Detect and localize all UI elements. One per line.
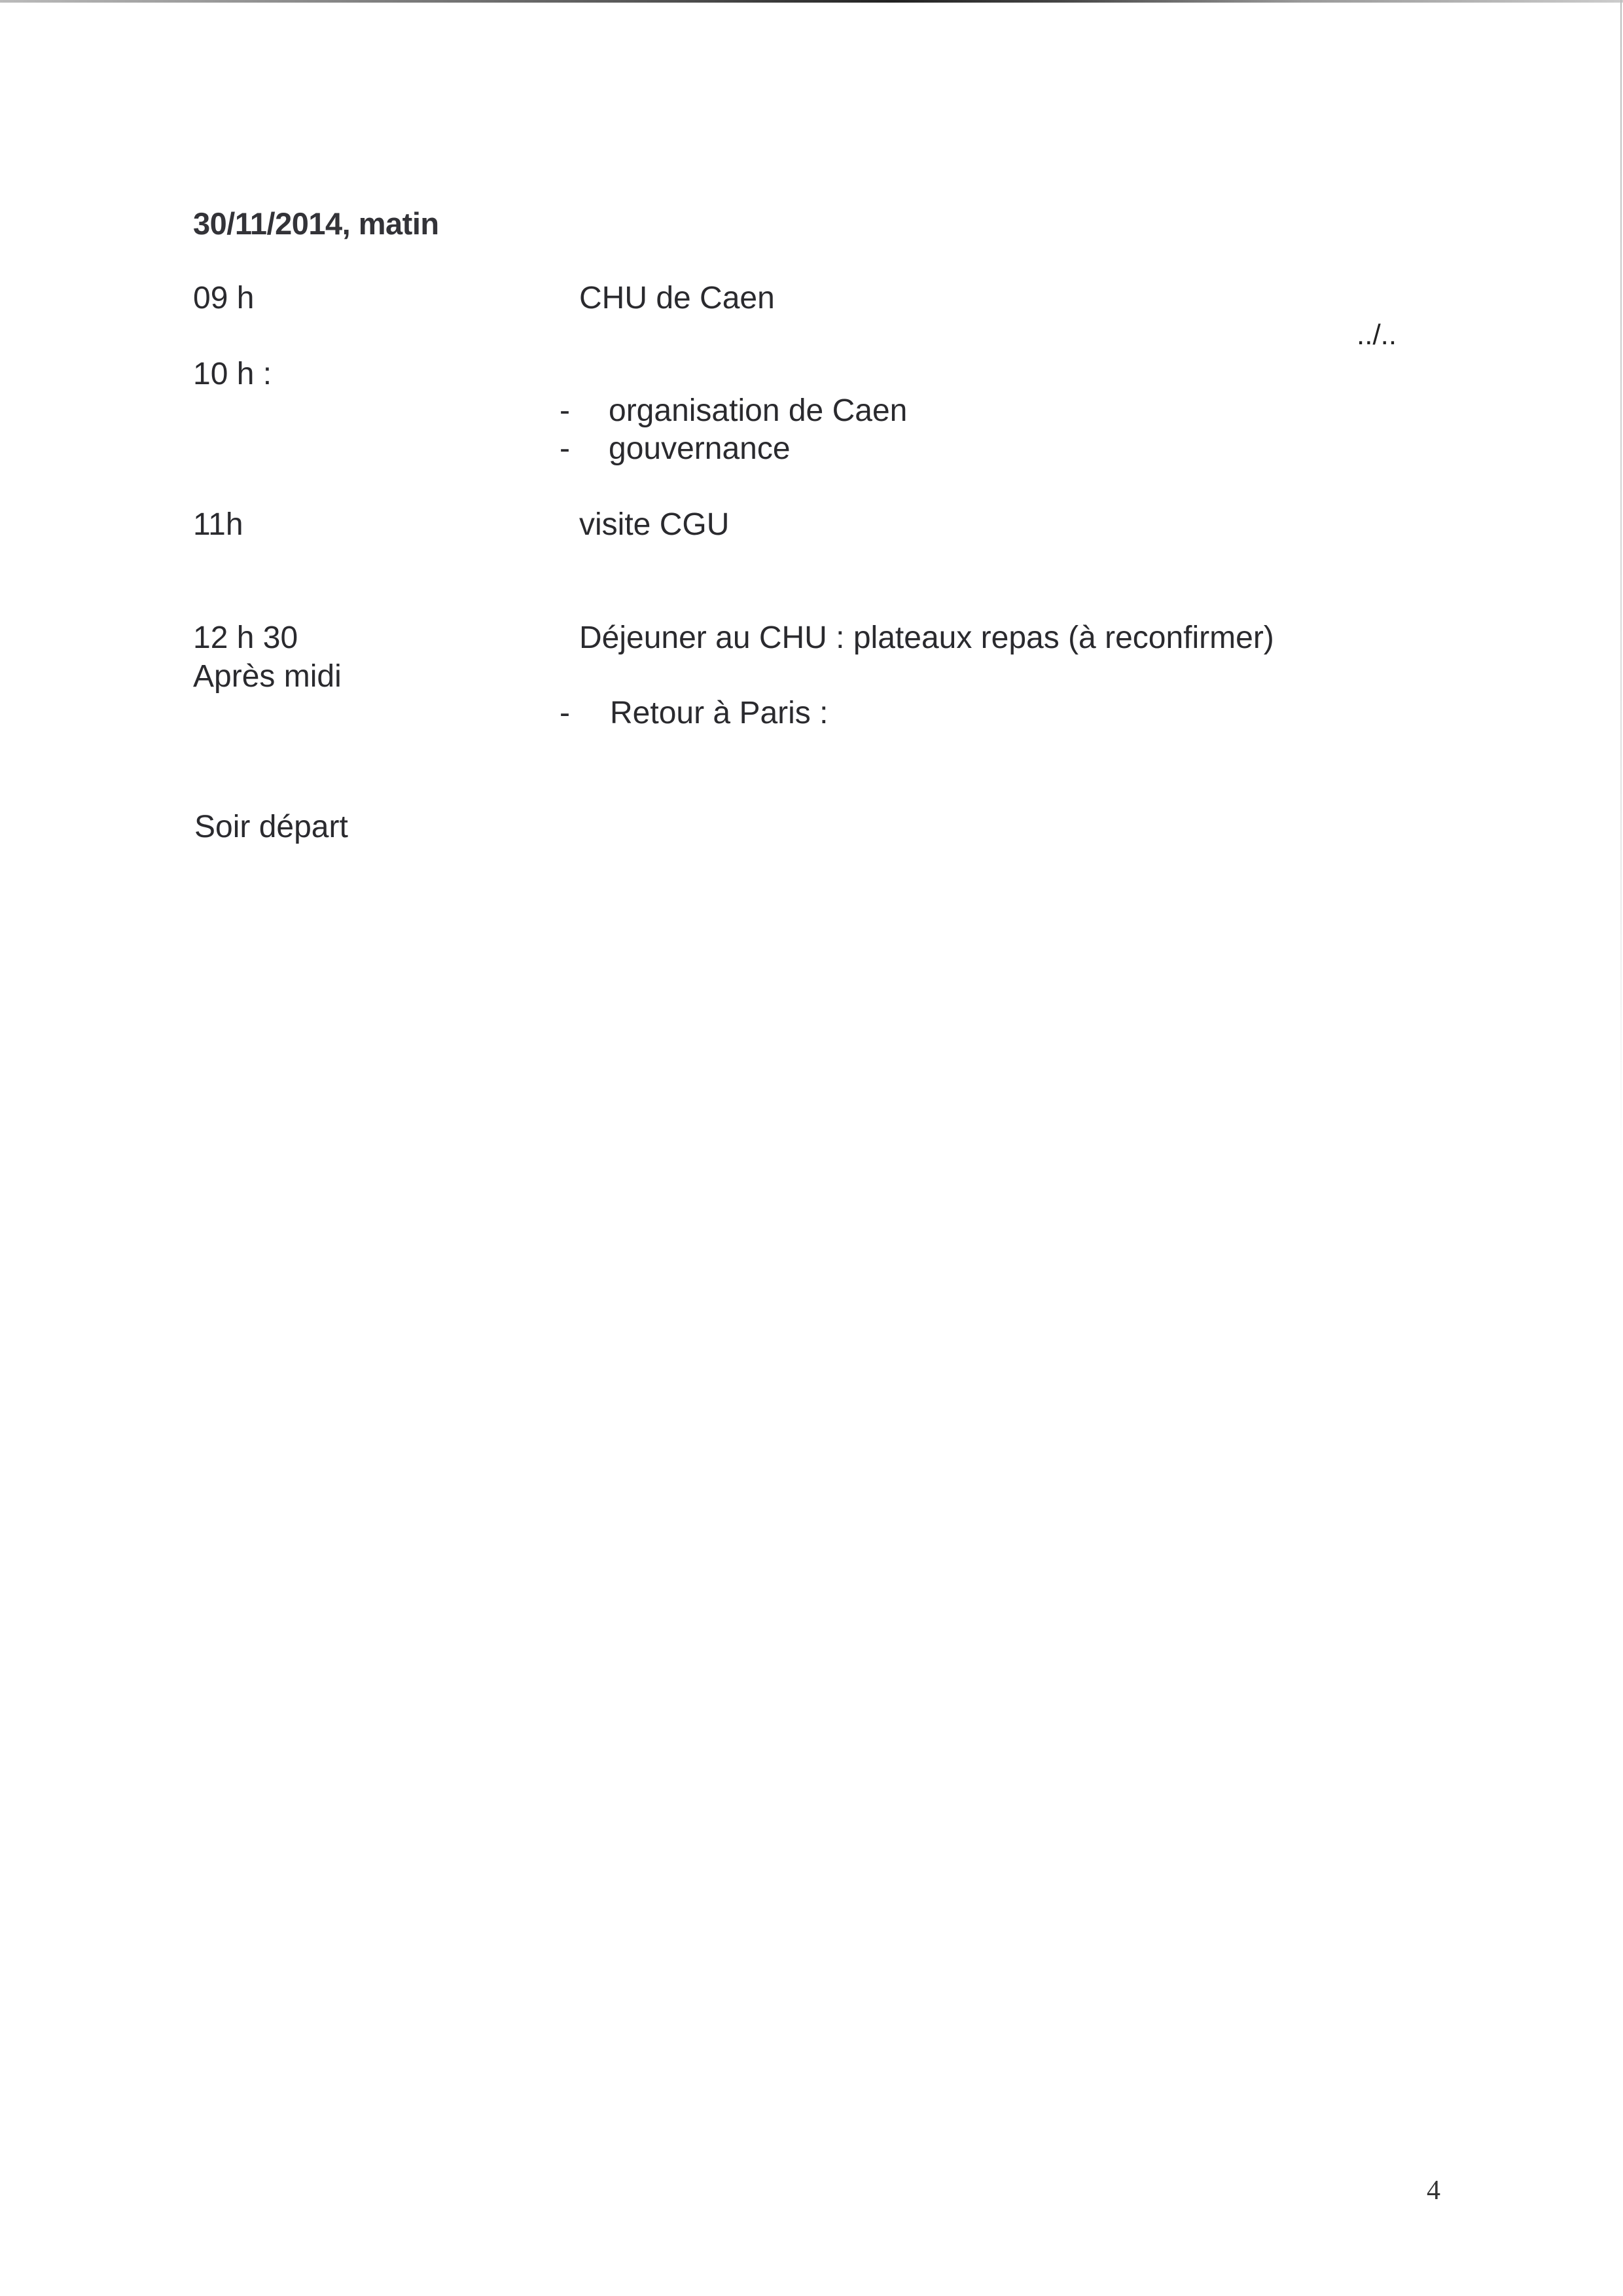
bullet-dash: -: [560, 433, 570, 465]
page-number: 4: [1427, 2177, 1440, 2204]
bullet-item: gouvernance: [609, 433, 791, 465]
schedule-time: 11h: [193, 509, 243, 541]
schedule-activity: Déjeuner au CHU : plateaux repas (à reco…: [579, 622, 1274, 654]
continuation-marker: ../..: [1357, 321, 1397, 350]
schedule-time: 12 h 30: [193, 622, 298, 654]
schedule-time: 09 h: [193, 283, 254, 314]
bullet-item: organisation de Caen: [609, 395, 907, 427]
bullet-dash: -: [560, 698, 570, 729]
date-heading: 30/11/2014, matin: [193, 208, 439, 239]
schedule-activity: CHU de Caen: [579, 283, 775, 314]
schedule-time: 10 h :: [193, 359, 272, 390]
scan-border-top: [0, 0, 1623, 3]
bullet-dash: -: [560, 395, 570, 427]
schedule-time: Soir départ: [194, 812, 348, 843]
bullet-item: Retour à Paris :: [610, 698, 828, 729]
schedule-activity: visite CGU: [579, 509, 729, 541]
scan-border-right: [1620, 0, 1622, 1178]
schedule-time: Après midi: [193, 661, 342, 692]
